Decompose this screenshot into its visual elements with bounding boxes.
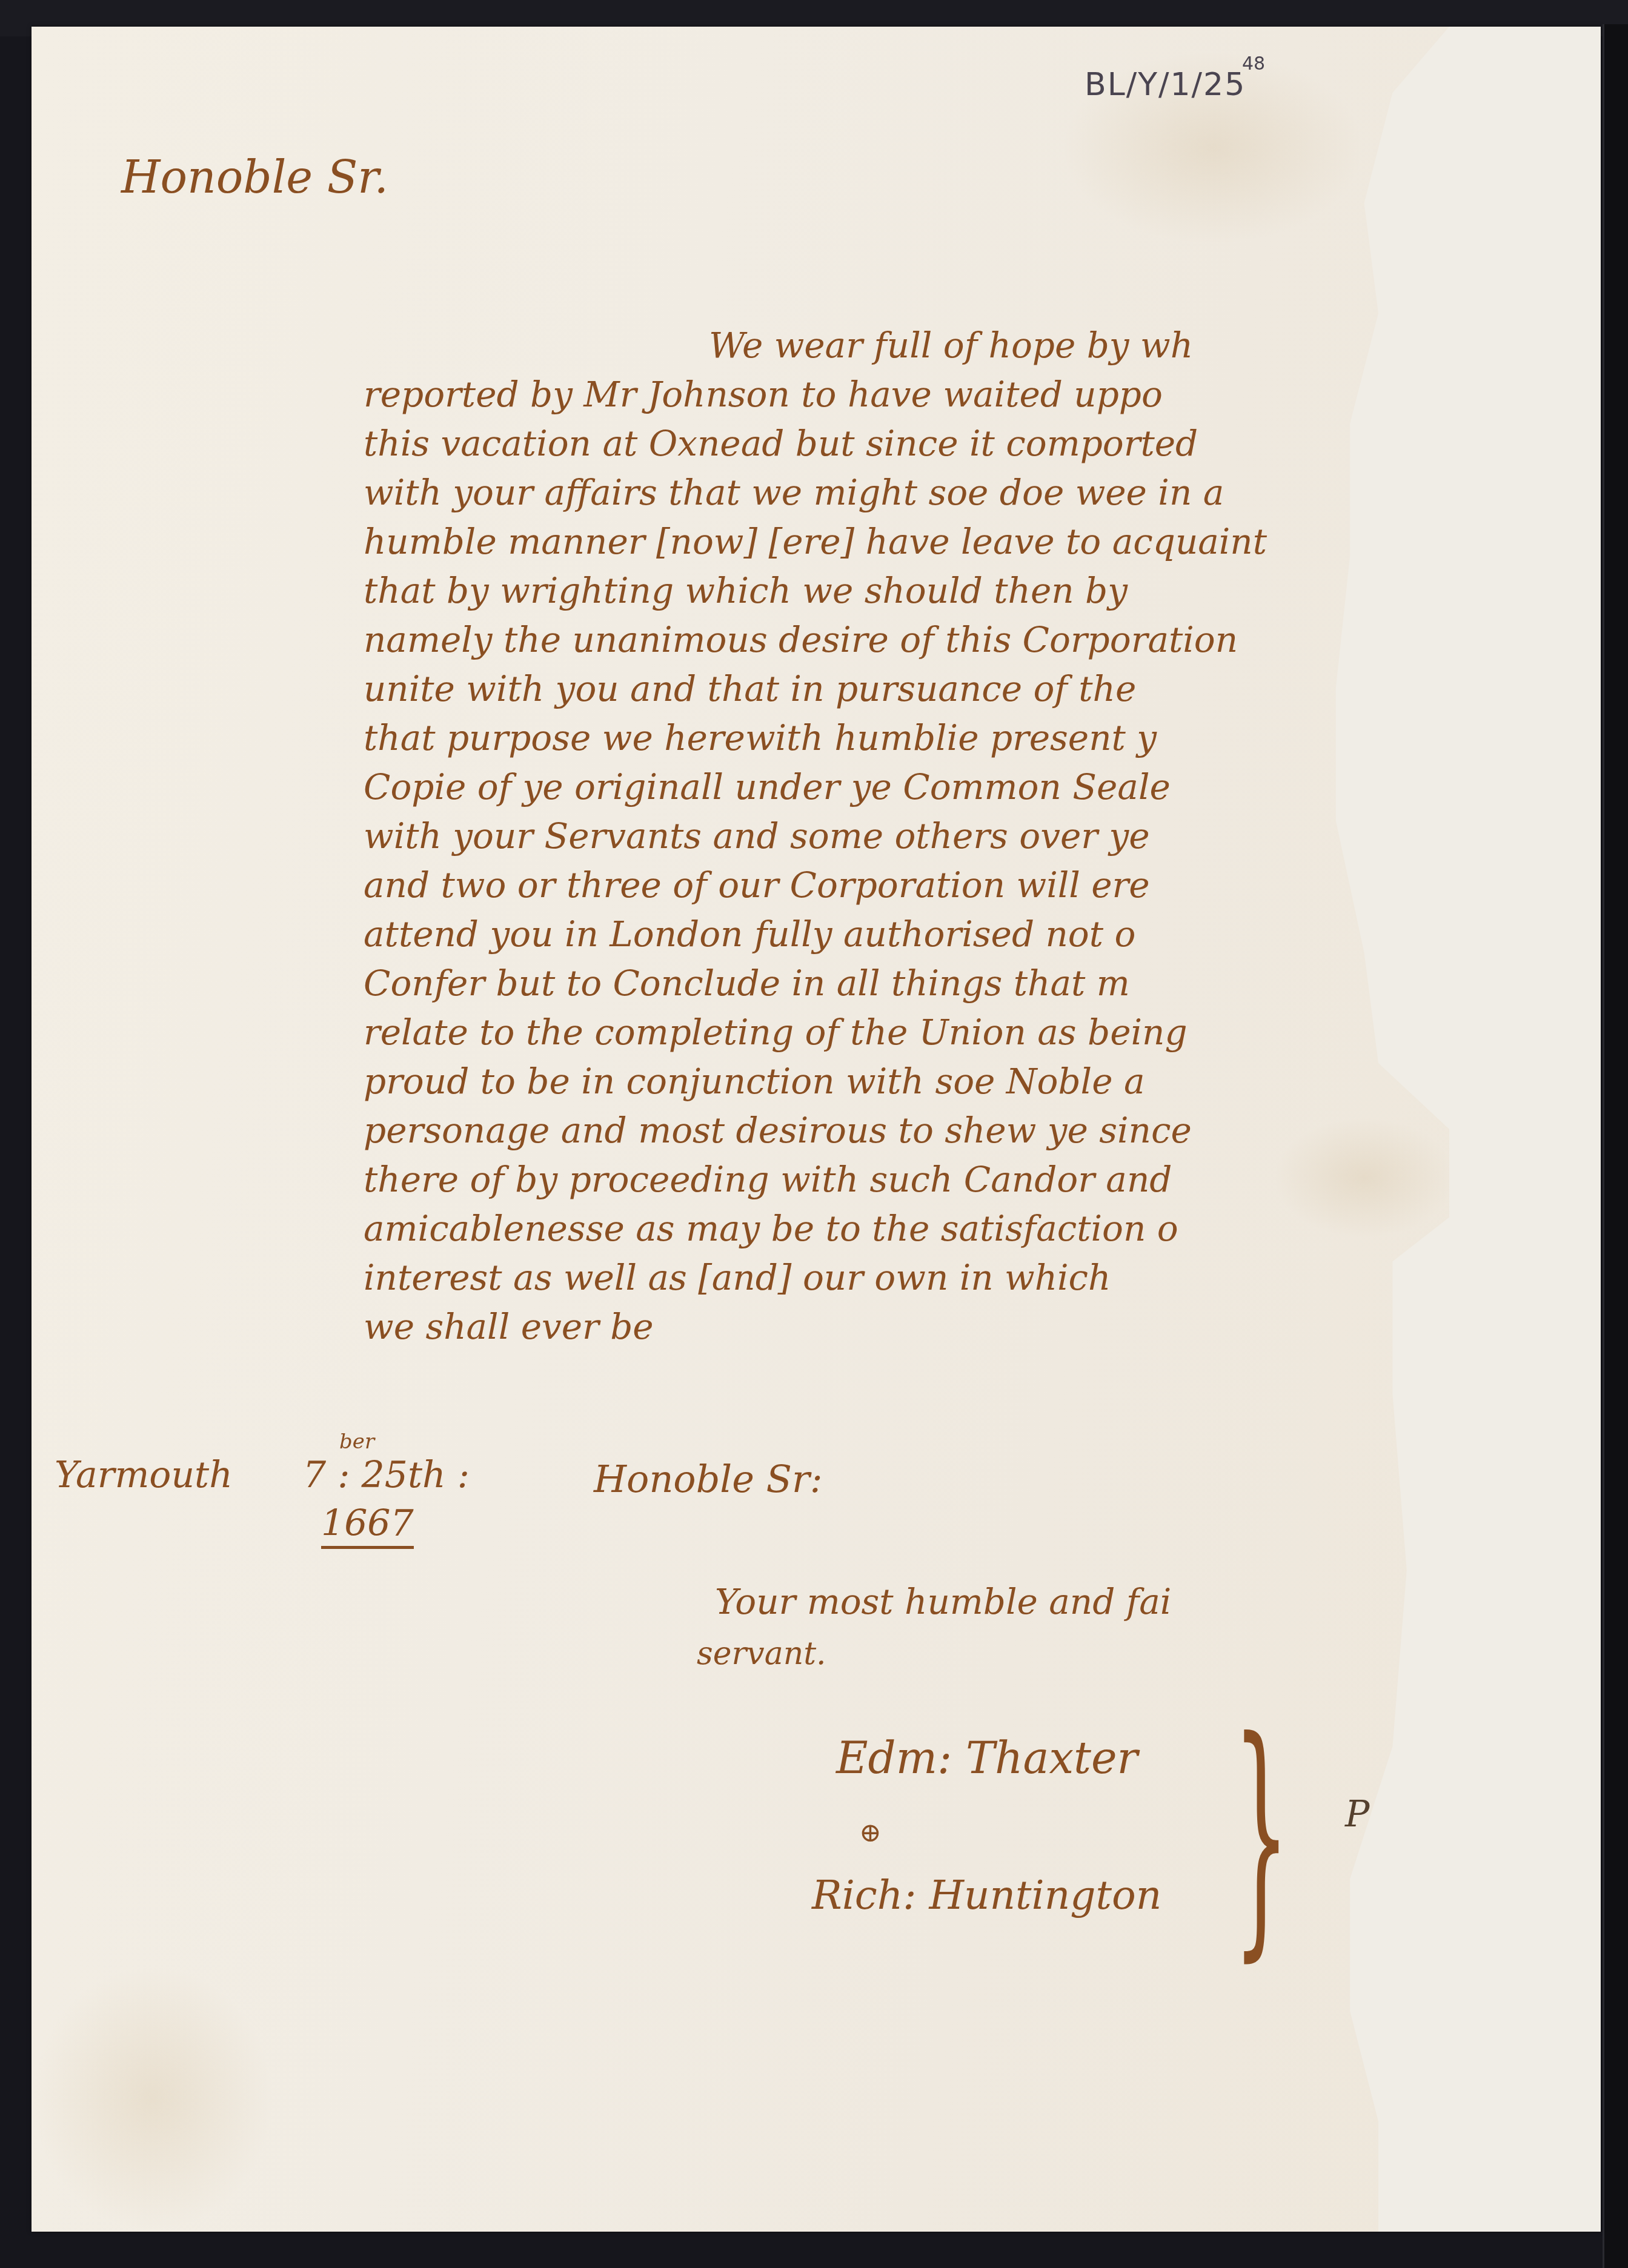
body-line: with your Servants and some others over … <box>364 812 1442 861</box>
body-line: We wear full of hope by wh <box>364 321 1442 370</box>
body-line: Confer but to Conclude in all things tha… <box>364 959 1442 1008</box>
cross-circle-mark-icon: ⊕ <box>859 1817 882 1848</box>
archive-reference: BL/Y/1/25 <box>1085 67 1246 103</box>
subscription-line: servant. <box>697 1636 826 1672</box>
signature-brace-icon: } <box>1233 1714 1290 1957</box>
edge-stain <box>32 1965 274 2232</box>
salutation: Honoble Sr. <box>121 151 388 204</box>
body-line: this vacation at Oxnead but since it com… <box>364 419 1442 468</box>
body-line: we shall ever be <box>364 1302 1442 1351</box>
date-month-superscript: ber <box>339 1430 374 1454</box>
body-line: unite with you and that in pursuance of … <box>364 665 1442 714</box>
body-line: namely the unanimous desire of this Corp… <box>364 615 1442 665</box>
body-line: interest as well as [and] our own in whi… <box>364 1253 1442 1302</box>
body-line: there of by proceeding with such Candor … <box>364 1155 1442 1204</box>
closing-address: Honoble Sr: <box>594 1457 823 1501</box>
body-line: with your affairs that we might soe doe … <box>364 468 1442 517</box>
body-line: that by wrighting which we should then b… <box>364 566 1442 615</box>
body-line: that purpose we herewith humblie present… <box>364 714 1442 763</box>
subscription-line: Your most humble and fai <box>715 1581 1171 1622</box>
body-line: proud to be in conjunction with soe Nobl… <box>364 1057 1442 1106</box>
body-line: personage and most desirous to shew ye s… <box>364 1106 1442 1155</box>
body-line: Copie of ye originall under ye Common Se… <box>364 763 1442 812</box>
letter-body: We wear full of hope by wh reported by M… <box>364 321 1442 1351</box>
folio-number: 48 <box>1242 53 1265 75</box>
signature-huntington: Rich: Huntington <box>812 1872 1161 1918</box>
signature-thaxter: Edm: Thaxter <box>836 1732 1138 1783</box>
body-line: humble manner [now] [ere] have leave to … <box>364 517 1442 566</box>
body-line: reported by Mr Johnson to have waited up… <box>364 370 1442 419</box>
body-line: amicablenesse as may be to the satisfact… <box>364 1204 1442 1253</box>
body-line: and two or three of our Corporation will… <box>364 861 1442 910</box>
mount-frame-edge <box>1603 24 1628 2268</box>
body-line: attend you in London fully authorised no… <box>364 910 1442 959</box>
margin-mark: P <box>1345 1793 1369 1835</box>
place-of-writing: Yarmouth <box>55 1454 233 1496</box>
date-day: 7 : 25th : <box>303 1454 470 1496</box>
body-line: relate to the completing of the Union as… <box>364 1008 1442 1057</box>
date-year: 1667 <box>321 1502 414 1549</box>
